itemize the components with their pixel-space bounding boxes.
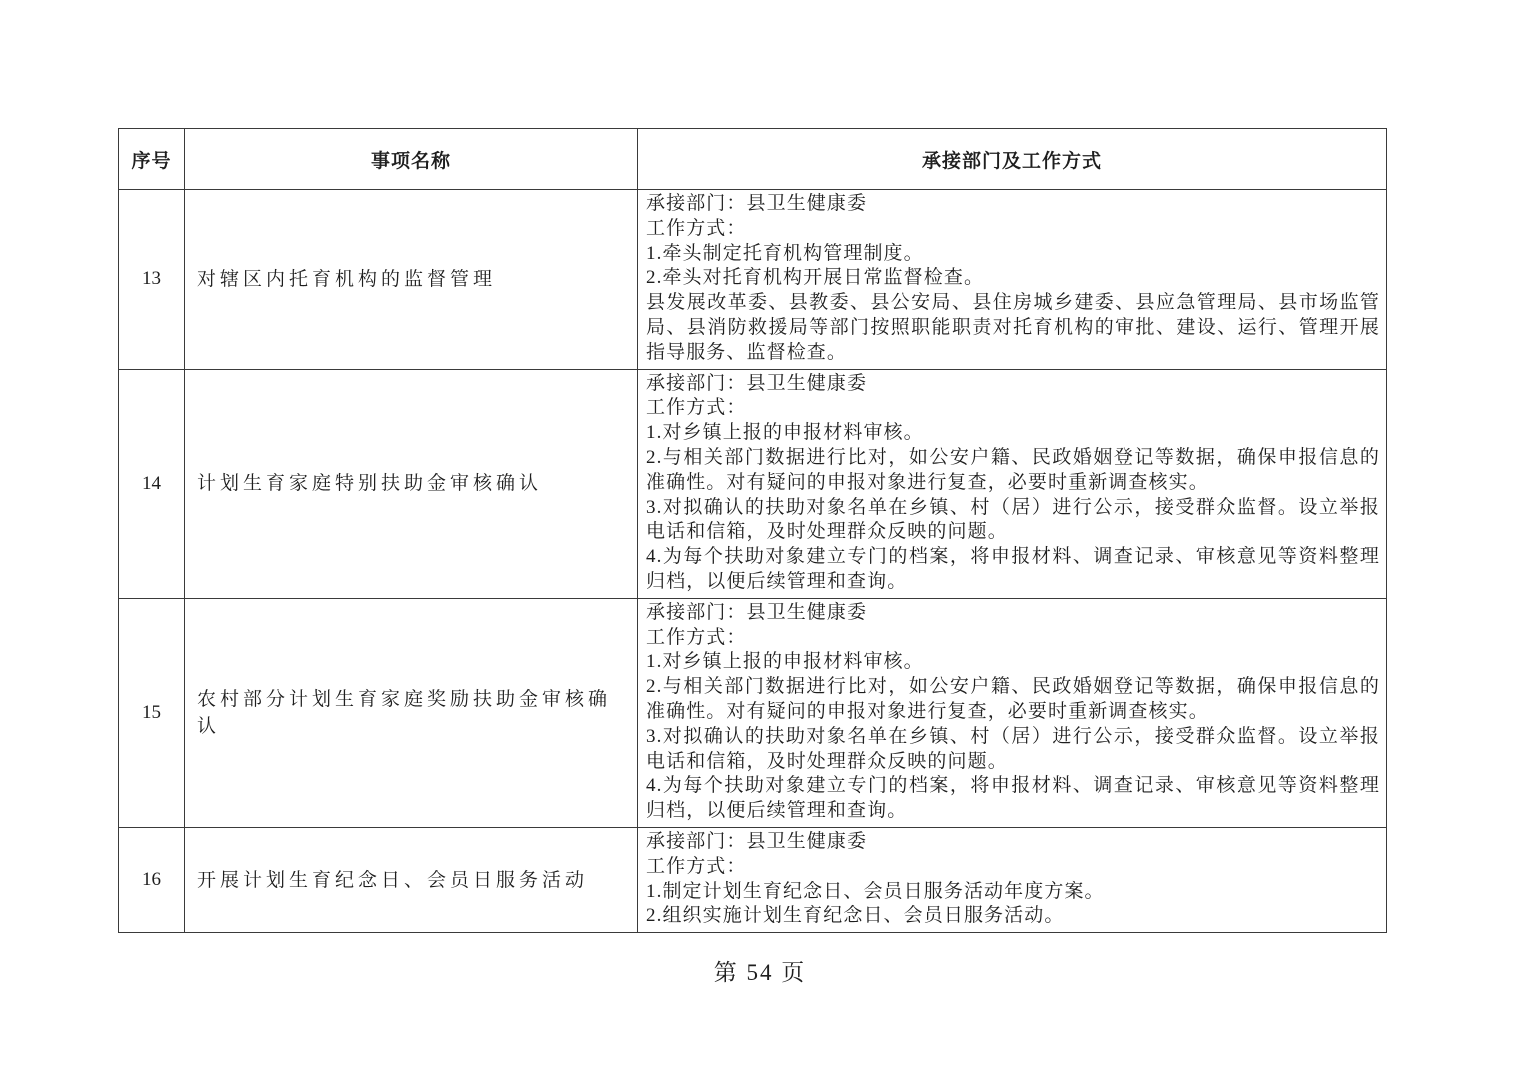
detail-paragraph: 工作方式： xyxy=(646,626,1380,651)
detail-paragraph: 2.与相关部门数据进行比对，如公安户籍、民政婚姻登记等数据，确保申报信息的准确性… xyxy=(646,446,1380,496)
row-serial-number: 14 xyxy=(119,369,185,598)
row-item-name: 开展计划生育纪念日、会员日服务活动 xyxy=(185,827,638,932)
detail-paragraph: 工作方式： xyxy=(646,855,1380,880)
page-number: 第 54 页 xyxy=(0,954,1520,987)
row-item-name: 对辖区内托育机构的监督管理 xyxy=(185,190,638,370)
detail-paragraph: 工作方式： xyxy=(646,396,1380,421)
header-department-method: 承接部门及工作方式 xyxy=(638,129,1387,190)
row-detail-cell: 承接部门：县卫生健康委 工作方式： 1.制定计划生育纪念日、会员日服务活动年度方… xyxy=(638,827,1387,932)
table-row: 14 计划生育家庭特别扶助金审核确认 承接部门：县卫生健康委 工作方式： 1.对… xyxy=(119,369,1387,598)
detail-paragraph: 承接部门：县卫生健康委 xyxy=(646,830,1380,855)
detail-paragraph: 1.对乡镇上报的申报材料审核。 xyxy=(646,421,1380,446)
detail-paragraph: 2.牵头对托育机构开展日常监督检查。 xyxy=(646,266,1380,291)
table-row: 15 农村部分计划生育家庭奖励扶助金审核确认 承接部门：县卫生健康委 工作方式：… xyxy=(119,598,1387,827)
row-item-name: 计划生育家庭特别扶助金审核确认 xyxy=(185,369,638,598)
table-row: 13 对辖区内托育机构的监督管理 承接部门：县卫生健康委 工作方式： 1.牵头制… xyxy=(119,190,1387,370)
detail-paragraph: 1.牵头制定托育机构管理制度。 xyxy=(646,242,1380,267)
detail-paragraph: 2.与相关部门数据进行比对，如公安户籍、民政婚姻登记等数据，确保申报信息的准确性… xyxy=(646,675,1380,725)
detail-paragraph: 3.对拟确认的扶助对象名单在乡镇、村（居）进行公示，接受群众监督。设立举报电话和… xyxy=(646,725,1380,775)
row-detail-cell: 承接部门：县卫生健康委 工作方式： 1.对乡镇上报的申报材料审核。 2.与相关部… xyxy=(638,598,1387,827)
detail-paragraph: 4.为每个扶助对象建立专门的档案，将申报材料、调查记录、审核意见等资料整理归档，… xyxy=(646,774,1380,824)
responsibility-table: 序号 事项名称 承接部门及工作方式 13 对辖区内托育机构的监督管理 承接部门：… xyxy=(118,128,1387,933)
table-row: 16 开展计划生育纪念日、会员日服务活动 承接部门：县卫生健康委 工作方式： 1… xyxy=(119,827,1387,932)
detail-paragraph: 3.对拟确认的扶助对象名单在乡镇、村（居）进行公示，接受群众监督。设立举报电话和… xyxy=(646,496,1380,546)
detail-paragraph: 4.为每个扶助对象建立专门的档案，将申报材料、调查记录、审核意见等资料整理归档，… xyxy=(646,545,1380,595)
detail-paragraph: 承接部门：县卫生健康委 xyxy=(646,601,1380,626)
header-item-name: 事项名称 xyxy=(185,129,638,190)
row-serial-number: 16 xyxy=(119,827,185,932)
header-serial-number: 序号 xyxy=(119,129,185,190)
row-item-name: 农村部分计划生育家庭奖励扶助金审核确认 xyxy=(185,598,638,827)
detail-paragraph: 1.制定计划生育纪念日、会员日服务活动年度方案。 xyxy=(646,880,1380,905)
detail-paragraph: 县发展改革委、县教委、县公安局、县住房城乡建委、县应急管理局、县市场监管局、县消… xyxy=(646,291,1380,365)
detail-paragraph: 工作方式： xyxy=(646,217,1380,242)
row-serial-number: 13 xyxy=(119,190,185,370)
row-detail-cell: 承接部门：县卫生健康委 工作方式： 1.对乡镇上报的申报材料审核。 2.与相关部… xyxy=(638,369,1387,598)
detail-paragraph: 1.对乡镇上报的申报材料审核。 xyxy=(646,650,1380,675)
detail-paragraph: 承接部门：县卫生健康委 xyxy=(646,192,1380,217)
table-header-row: 序号 事项名称 承接部门及工作方式 xyxy=(119,129,1387,190)
row-serial-number: 15 xyxy=(119,598,185,827)
row-detail-cell: 承接部门：县卫生健康委 工作方式： 1.牵头制定托育机构管理制度。 2.牵头对托… xyxy=(638,190,1387,370)
detail-paragraph: 2.组织实施计划生育纪念日、会员日服务活动。 xyxy=(646,904,1380,929)
detail-paragraph: 承接部门：县卫生健康委 xyxy=(646,372,1380,397)
document-page: 序号 事项名称 承接部门及工作方式 13 对辖区内托育机构的监督管理 承接部门：… xyxy=(0,0,1520,1074)
